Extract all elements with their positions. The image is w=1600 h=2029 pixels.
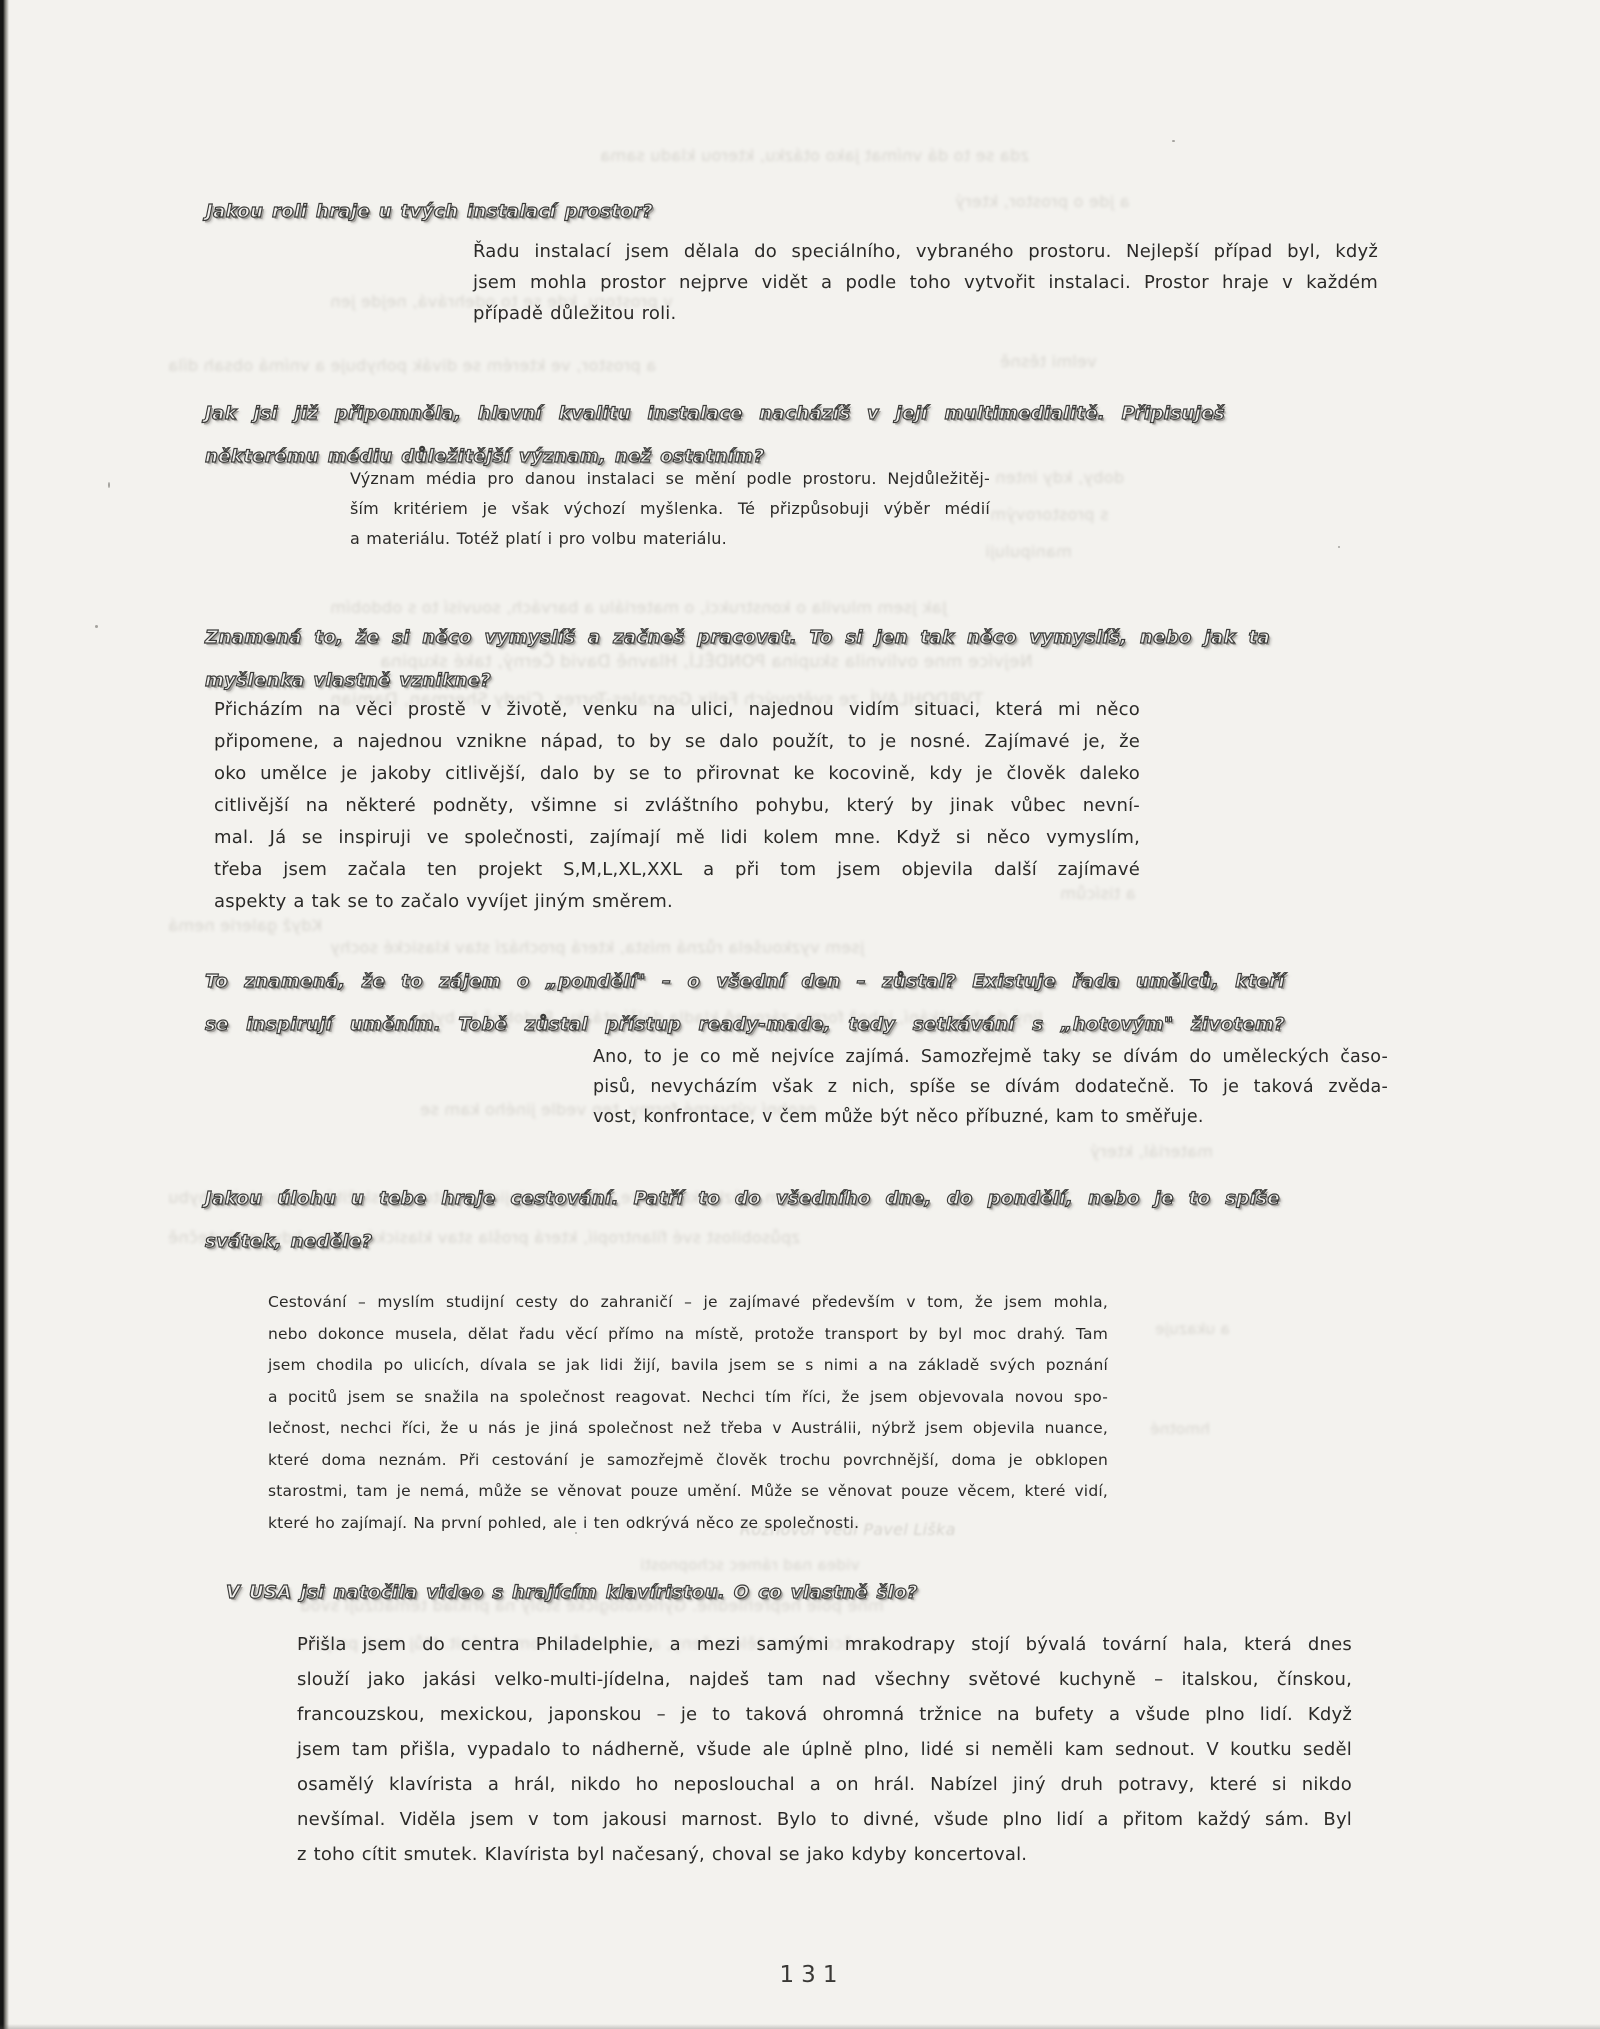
answer-line: slouží jako jakási velko-multi-jídelna, … — [297, 1662, 1352, 1697]
answer-block: Význam média pro danou instalaci se mění… — [350, 464, 990, 554]
answer-line: francouzskou, mexickou, japonskou – je t… — [297, 1697, 1352, 1732]
answer-block: Přicházím na věci prostě v životě, venku… — [214, 694, 1140, 918]
answer-line: připomene, a najednou vznikne nápad, to … — [214, 726, 1140, 758]
answer-line: jsem chodila po ulicích, dívala se jak l… — [268, 1350, 1108, 1382]
scan-speck — [95, 625, 98, 628]
bleedthrough-text: Jak jsem mluvila o konstrukci, o materiá… — [330, 598, 947, 617]
question-block: Jakou roli hraje u tvých instalací prost… — [206, 190, 766, 233]
question-block: To znamená, že to zájem o „pondělí" – o … — [205, 960, 1285, 1046]
answer-block: Ano, to je co mě nejvíce zajímá. Samozře… — [593, 1042, 1388, 1132]
answer-line: z toho cítit smutek. Klavírista byl nače… — [297, 1837, 1352, 1872]
answer-line: citlivější na některé podněty, všimne si… — [214, 790, 1140, 822]
question-line: se inspirují uměním. Tobě zůstal přístup… — [205, 1003, 1285, 1046]
answer-line: lečnost, nechci říci, že u nás je jiná s… — [268, 1413, 1108, 1445]
answer-block: Přišla jsem do centra Philadelphie, a me… — [297, 1627, 1352, 1872]
answer-line: které doma neznám. Při cestování je samo… — [268, 1445, 1108, 1477]
bleedthrough-text: zda se to dá vnímat jako otázku, kterou … — [600, 146, 1029, 165]
answer-line: starostmi, tam je nemá, může se věnovat … — [268, 1476, 1108, 1508]
answer-block: Cestování – myslím studijní cesty do zah… — [268, 1287, 1108, 1539]
answer-block: Řadu instalací jsem dělala do speciálníh… — [473, 236, 1378, 329]
scan-speck — [108, 482, 110, 488]
bleedthrough-text: a ukazuje — [1155, 1320, 1230, 1338]
answer-line: mal. Já se inspiruji ve společnosti, zaj… — [214, 822, 1140, 854]
answer-line: vost, konfrontace, v čem může být něco p… — [593, 1102, 1388, 1132]
question-block: Jakou úlohu u tebe hraje cestování. Patř… — [205, 1177, 1280, 1263]
bleedthrough-text: s prostorovým — [990, 505, 1108, 524]
question-line: Jakou roli hraje u tvých instalací prost… — [206, 190, 766, 233]
question-line: Jakou úlohu u tebe hraje cestování. Patř… — [205, 1177, 1280, 1220]
answer-line: které ho zajímají. Na první pohled, ale … — [268, 1508, 1108, 1540]
answer-line: Přišla jsem do centra Philadelphie, a me… — [297, 1627, 1352, 1662]
page-number: 131 — [752, 1962, 872, 1988]
answer-line: ším kritériem je však výchozí myšlenka. … — [350, 494, 990, 524]
answer-line: Přicházím na věci prostě v životě, venku… — [214, 694, 1140, 726]
scan-bottom-shadow — [0, 2024, 1600, 2029]
question-block: V USA jsi natočila video s hrajícím klav… — [226, 1571, 1026, 1614]
bleedthrough-text: manipuluji — [985, 542, 1072, 561]
answer-line: Řadu instalací jsem dělala do speciálníh… — [473, 236, 1378, 267]
answer-line: Ano, to je co mě nejvíce zajímá. Samozře… — [593, 1042, 1388, 1072]
scan-speck — [1172, 140, 1175, 142]
bleedthrough-text: hmotné — [1150, 1420, 1210, 1438]
scan-speck — [1338, 546, 1340, 548]
answer-line: a pocitů jsem se snažila na společnost r… — [268, 1382, 1108, 1414]
bleedthrough-text: velmi těsně — [1000, 352, 1097, 371]
question-block: Znamená to, že si něco vymyslíš a začneš… — [205, 616, 1270, 702]
answer-line: Význam média pro danou instalaci se mění… — [350, 464, 990, 494]
answer-line: nevšímal. Viděla jsem v tom jakousi marn… — [297, 1802, 1352, 1837]
answer-line: nebo dokonce musela, dělat řadu věcí pří… — [268, 1319, 1108, 1351]
scan-edge-shadow — [0, 0, 9, 2029]
question-line: Znamená to, že si něco vymyslíš a začneš… — [205, 616, 1270, 659]
answer-line: a materiálu. Totéž platí i pro volbu mat… — [350, 524, 990, 554]
scan-speck — [575, 1532, 577, 1534]
question-line: svátek, neděle? — [205, 1220, 1280, 1263]
answer-line: osamělý klavírista a hrál, nikdo ho nepo… — [297, 1767, 1352, 1802]
bleedthrough-text: a prostor, ve kterém se divák pohybuje a… — [168, 356, 656, 375]
answer-line: jsem mohla prostor nejprve vidět a podle… — [473, 267, 1378, 298]
answer-line: aspekty a tak se to začalo vyvíjet jiným… — [214, 886, 1140, 918]
answer-line: oko umělce je jakoby citlivější, dalo by… — [214, 758, 1140, 790]
answer-line: třeba jsem začala ten projekt S,M,L,XL,X… — [214, 854, 1140, 886]
scanned-page: zda se to dá vnímat jako otázku, kterou … — [0, 0, 1600, 2029]
answer-line: jsem tam přišla, vypadalo to nádherně, v… — [297, 1732, 1352, 1767]
question-line: To znamená, že to zájem o „pondělí" – o … — [205, 960, 1285, 1003]
bleedthrough-text: a jde o prostor, který — [955, 192, 1130, 211]
bleedthrough-text: Když galerie nemá — [168, 916, 322, 935]
bleedthrough-text: jsem vyzkoušela různá místa, která proch… — [330, 938, 864, 957]
answer-line: případě důležitou roli. — [473, 298, 1378, 329]
question-line: Jak jsi již připomněla, hlavní kvalitu i… — [205, 392, 1225, 435]
question-line: V USA jsi natočila video s hrajícím klav… — [226, 1571, 1026, 1614]
answer-line: pisů, nevycházím však z nich, spíše se d… — [593, 1072, 1388, 1102]
bleedthrough-text: materiál, který — [1090, 1142, 1213, 1161]
answer-line: Cestování – myslím studijní cesty do zah… — [268, 1287, 1108, 1319]
